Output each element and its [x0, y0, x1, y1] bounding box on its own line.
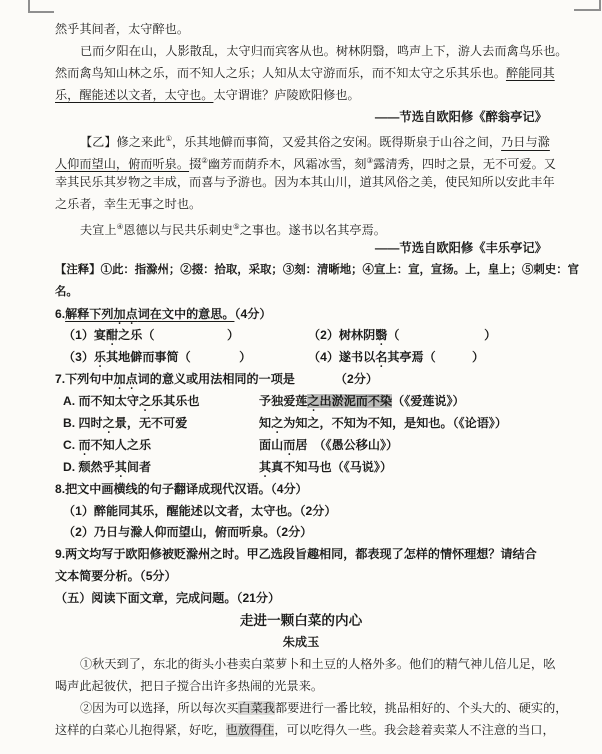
text-segment: （2）乃日与滁人仰而望山，俯而听泉。（2分） [63, 525, 312, 539]
column-cell: C. 而不知人之乐 [63, 435, 259, 458]
text-segment: ——节选自欧阳修《丰乐亭记》 [375, 241, 547, 255]
footnote-ref: ⑤ [233, 222, 240, 231]
notes-line: 【注释】①此：指滁州；②掇：拾取，采取；③刻：清晰地；④宣上：宣，宣扬。上，皇上… [55, 260, 547, 282]
column-cell: D. 颓然乎其间者 [63, 457, 259, 480]
text-segment: ——节选自欧阳修《醉翁亭记》 [375, 110, 547, 124]
column-cell: 知之为知之，不知为不知，是知也。（《论语》） [259, 413, 507, 436]
question-7-option-c: C. 而不知人之乐面山而居 （《愚公移山》） [55, 435, 547, 457]
text-segment: （ ） [387, 328, 496, 342]
column-cell: （3）乐其地僻而事简（ ） [63, 347, 308, 370]
attribution-fengletingji: ——节选自欧阳修《丰乐亭记》 [55, 238, 547, 260]
text-segment: D. 颓然乎 [63, 460, 115, 474]
question-8-item-2: （2）乃日与滁人仰而望山，俯而听泉。（2分） [55, 522, 547, 544]
question-8-item-1: （1）醉能同其乐，醒能述以文者，太守也。（2分） [55, 501, 547, 523]
text-segment: B. 四时 [63, 416, 103, 430]
attribution-zuiwengtingji: ——节选自欧阳修《醉翁亭记》 [55, 107, 547, 129]
text-segment: ②因为可以选择，所以每次买 [80, 701, 238, 715]
text-segment: （1）宴 [63, 328, 106, 342]
text-segment: 已而夕阳在山，人影散乱，太守归而宾客从也。树林阴翳，鸣声上下，游人去而禽鸟乐也。 [80, 44, 568, 58]
text-segment: 之 [271, 416, 283, 430]
text-segment: 翳 [375, 328, 387, 342]
footnote-ref: ② [201, 156, 208, 165]
text-segment: 【注释】①此：指滁州；②掇：拾取，采取；③刻：清晰地；④宣上：宣，宣扬。上，皇上… [55, 264, 579, 276]
text-segment: 而 [283, 438, 295, 452]
passage-jia-line: 已而夕阳在山，人影散乱，太守归而宾客从也。树林阴翳，鸣声上下，游人去而禽鸟乐也。 [55, 41, 547, 63]
question-6-row-2: （3）乐其地僻而事简（ ）（4）遂书以名其亭焉（ ） [55, 347, 547, 369]
passage-yi-line: 【乙】修之来此①，乐其地僻而事简，又爱其俗之安闲。既得斯泉于山谷之间，乃日与滁 [55, 128, 547, 150]
section-5-header: （五）阅读下面文章，完成问题。（21分） [55, 588, 547, 610]
text-segment: 朱成玉 [283, 635, 320, 649]
passage-jia-line: 乐，醒能述以文者，太守也。太守谓谁？庐陵欧阳修也。 [55, 85, 547, 107]
text-segment: 名。 [55, 286, 78, 298]
passage-yi-line: 之乐者，幸生无事之时也。 [55, 194, 547, 216]
text-segment: 恩德以与民共乐刺史 [123, 223, 233, 237]
text-segment: ①秋天到了，东北的街头小巷卖白菜萝卜和土豆的人格外多。他们的精气神儿倍儿足，吆 [80, 657, 555, 671]
column-cell: （2）树林阴翳（ ） [308, 325, 496, 348]
article-para-1-line: 喝声此起彼伏，把日子搅合出许多热闹的光景来。 [55, 676, 547, 698]
column-cell: A. 而不知太守之乐其乐也 [63, 391, 259, 414]
question-7-header: 7.下列句中加点词的意义或用法相同的一项是（2分） [55, 369, 547, 391]
text-segment: A. 而不知太守 [63, 394, 139, 408]
text-segment: 加点 [113, 372, 137, 386]
text-segment: 然乎其间者，太守醉也。 [55, 22, 189, 36]
article-title: 走进一颗白菜的内心 [55, 610, 547, 632]
text-segment: 人仰而望山，俯而听泉。 [55, 157, 189, 171]
passage-yi-line: 夫宣上④恩德以与民共乐刺史⑤之事也。遂书以名其亭焉。 [55, 216, 547, 238]
text-segment: 幸其民乐其岁物之丰成，而喜与予游也。因为本其山川，道其风俗之美，使民知所以安此丰… [55, 175, 555, 189]
text-segment: 景，无不可爱 [115, 416, 188, 430]
text-segment: ，乐其地僻而事简，又爱其俗之安闲。既得斯泉于山谷之间， [172, 136, 501, 150]
article-para-1-line: ①秋天到了，东北的街头小巷卖白菜萝卜和土豆的人格外多。他们的精气神儿倍儿足，吆 [55, 654, 547, 676]
text-segment: 其 [115, 460, 127, 474]
text-segment: 之 [103, 416, 115, 430]
text-segment: 之乐者，幸生无事之时也。 [55, 197, 201, 211]
text-segment: 为知之，不知为不知，是知也。（《论语》） [283, 416, 507, 430]
text-segment: 文本简要分析。（5分） [55, 569, 177, 583]
article-para-2-line: ②因为可以选择，所以每次买白菜我都要进行一番比较，挑品相好的、个头大的、硬实的， [55, 698, 547, 720]
text-segment: 白菜我 [238, 701, 275, 715]
text-segment: （4）遂书以 [308, 350, 375, 364]
question-7-option-d: D. 颓然乎其间者其真不知马也（《马说》） [55, 457, 547, 479]
text-segment: （五）阅读下面文章，完成问题。（21分） [55, 591, 280, 605]
text-segment: 不知人之乐 [91, 438, 151, 452]
text-segment: （2）树林阴 [308, 328, 375, 342]
text-segment: 之 [139, 394, 151, 408]
text-segment: 名 [375, 350, 387, 364]
text-segment: 露清秀，四时之景，无不可爱。又 [373, 157, 556, 171]
text-segment: 乐，醒能述以文者，太守也。 [55, 88, 213, 102]
text-segment: 掇 [189, 157, 201, 171]
text-segment: 之乐（ ） [118, 328, 239, 342]
text-segment: 乐其乐也 [151, 394, 199, 408]
passage-yi-line: 幸其民乐其岁物之丰成，而喜与予游也。因为本其山川，道其风俗之美，使民知所以安此丰… [55, 172, 547, 194]
text-segment: 之 [307, 394, 319, 408]
question-6-row-1: （1）宴酣之乐（ ）（2）树林阴翳（ ） [55, 325, 547, 347]
text-segment: （1）醉能同其乐，醒能述以文者，太守也。（2分） [63, 504, 336, 518]
text-segment: 加点 [113, 307, 137, 321]
passage-jia-line: 然乎其间者，太守醉也。 [55, 19, 547, 41]
text-segment: 乐 [94, 350, 106, 364]
text-segment: 乃日与滁 [501, 136, 550, 150]
text-segment: （4分） [234, 307, 271, 321]
text-segment: 其亭焉（ ） [387, 350, 484, 364]
question-7-option-b: B. 四时之景，无不可爱知之为知之，不知为不知，是知也。（《论语》） [55, 413, 547, 435]
text-segment: 幽芳而荫乔木，风霜冰雪，刻 [208, 157, 366, 171]
text-segment: 8.把文中画横线的句子翻译成现代汉语。（4分） [55, 482, 308, 496]
question-9-line: 文本简要分析。（5分） [55, 566, 547, 588]
column-cell: B. 四时之景，无不可爱 [63, 413, 259, 436]
column-cell: 予独爱莲之出淤泥而不染（《爱莲说》） [259, 391, 465, 414]
text-segment: 词在文中的意思。 [138, 307, 235, 321]
text-segment: 解释下列 [65, 307, 113, 321]
text-segment: 而 [78, 438, 90, 452]
notes-line: 名。 [55, 282, 547, 304]
scanned-exam-page: 然乎其间者，太守醉也。已而夕阳在山，人影散乱，太守归而宾客从也。树林阴翳，鸣声上… [0, 0, 602, 754]
text-segment: 词的意义或用法相同的一项是 [138, 372, 295, 386]
text-segment: 其 [259, 460, 271, 474]
document-body: 然乎其间者，太守醉也。已而夕阳在山，人影散乱，太守归而宾客从也。树林阴翳，鸣声上… [55, 19, 547, 741]
text-segment: 面山 [259, 438, 283, 452]
article-para-2-line: 这样的白菜心儿抱得紧，好吃，也放得住，可以吃得久一些。我会趁着卖菜人不注意的当口… [55, 720, 547, 742]
passage-yi-line: 人仰而望山，俯而听泉。掇②幽芳而荫乔木，风霜冰雪，刻③露清秀，四时之景，无不可爱… [55, 150, 547, 172]
text-segment: 间者 [127, 460, 151, 474]
text-segment: 太守谓谁？庐陵欧阳修也。 [213, 88, 359, 102]
text-segment: 醉能同其 [506, 66, 555, 80]
text-segment: 酣 [106, 328, 118, 342]
text-segment: 之事也。遂书以名其亭焉。 [240, 223, 386, 237]
column-cell: 其真不知马也（《马说》） [259, 457, 392, 480]
text-segment: 也放得住 [226, 723, 275, 737]
text-segment: 居 （《愚公移山》） [295, 438, 398, 452]
crop-mark-top-left [28, 0, 54, 13]
text-segment: 7.下列句中 [55, 372, 113, 386]
question-8-header: 8.把文中画横线的句子翻译成现代汉语。（4分） [55, 479, 547, 501]
text-segment: （《爱莲说》） [392, 394, 465, 408]
text-segment: 【乙】修之来此 [80, 136, 165, 150]
text-segment: 这样的白菜心儿抱得紧，好吃， [55, 723, 226, 737]
text-segment: 走进一颗白菜的内心 [240, 613, 362, 628]
question-9-line: 9.两文均写于欧阳修被贬滁州之时。甲乙选段旨趣相同，都表现了怎样的情怀理想？请结… [55, 544, 547, 566]
text-segment: （2分） [335, 372, 378, 386]
text-segment: 都要进行一番比较，挑品相好的、个头大的、硬实的， [275, 701, 568, 715]
question-6-header: 6.解释下列加点词在文中的意思。（4分） [55, 304, 547, 326]
text-segment: 真不知马也（《马说》） [271, 460, 392, 474]
text-segment: 知 [259, 416, 271, 430]
text-segment: ，可以吃得久一些。我会趁着卖菜人不注意的当口， [274, 723, 554, 737]
passage-jia-line: 然而禽鸟知山林之乐，而不知人之乐；人知从太守游而乐，而不知太守之乐其乐也。醉能同… [55, 63, 547, 85]
text-segment: 夫宣上 [80, 223, 117, 237]
text-segment: 其地僻而事简（ ） [106, 350, 251, 364]
text-segment: （3） [63, 350, 94, 364]
column-cell: （1）宴酣之乐（ ） [63, 325, 308, 348]
article-author: 朱成玉 [55, 632, 547, 654]
text-segment: 然而禽鸟知山林之乐，而不知人之乐；人知从太守游而乐，而不知太守之乐其乐也。 [55, 66, 506, 80]
text-segment: 6. [55, 307, 65, 321]
column-cell: 面山而居 （《愚公移山》） [259, 435, 398, 458]
text-segment: 喝声此起彼伏，把日子搅合出许多热闹的光景来。 [55, 679, 323, 693]
text-segment: C. [63, 438, 78, 452]
text-segment: 予独爱莲 [259, 394, 307, 408]
text-segment: 出淤泥而不染 [320, 394, 393, 408]
question-7-option-a: A. 而不知太守之乐其乐也予独爱莲之出淤泥而不染（《爱莲说》） [55, 391, 547, 413]
column-cell: （4）遂书以名其亭焉（ ） [308, 347, 484, 370]
text-segment: 9.两文均写于欧阳修被贬滁州之时。甲乙选段旨趣相同，都表现了怎样的情怀理想？请结… [55, 547, 537, 561]
crop-mark-top-right [574, 0, 601, 11]
